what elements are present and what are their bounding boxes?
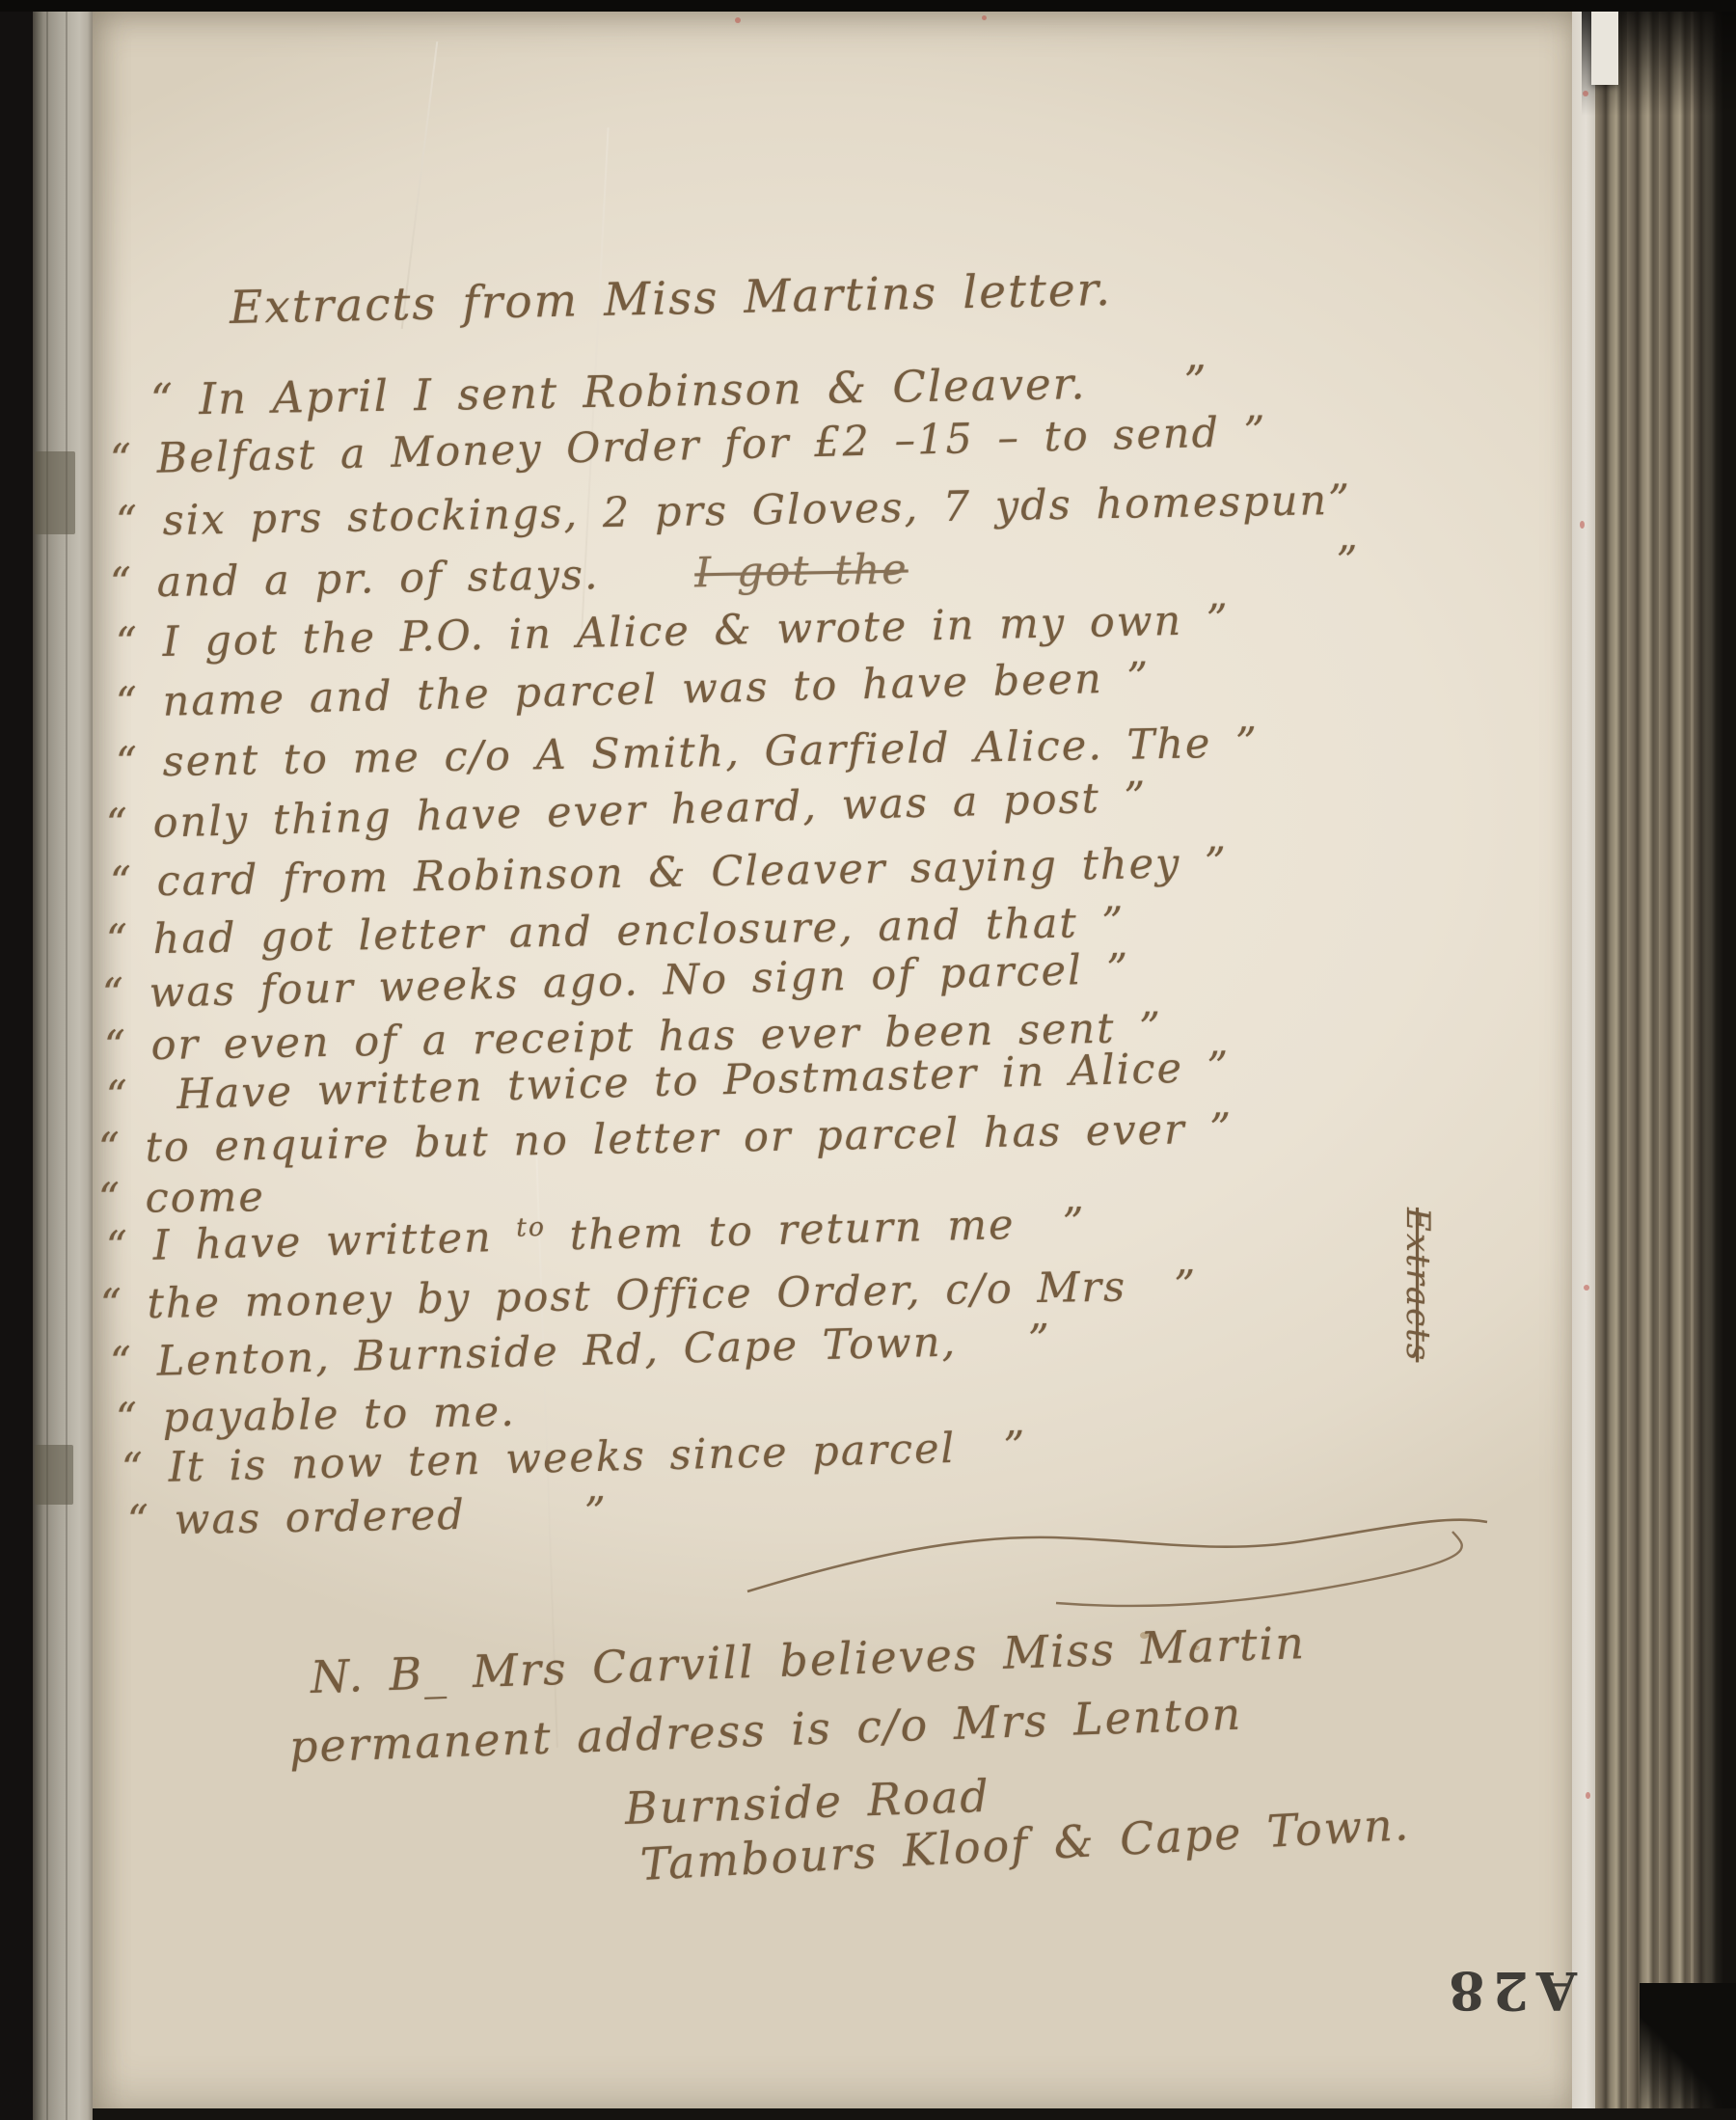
gutter-line (46, 0, 48, 2120)
book-cover-left-edge (0, 0, 33, 2120)
page-number-stamp: A28 (1441, 1960, 1577, 2022)
manuscript-page-scan: Extracts from Miss Martins letter. “ In … (0, 0, 1736, 2120)
bottom-right-dark-corner (1640, 1983, 1736, 2120)
red-edge-mark (1586, 1792, 1590, 1799)
page-edge-stack-shadow (1694, 0, 1736, 2120)
gutter-line (66, 0, 68, 2120)
gutter-notch (35, 451, 75, 534)
red-edge-mark (1583, 91, 1588, 96)
red-edge-mark (1584, 1285, 1589, 1291)
next-page-corner (1591, 10, 1618, 85)
letter-line: “ payable to me. (116, 1388, 517, 1443)
gutter-page-edges (33, 0, 93, 2120)
letter-line: “ was ordered ” (127, 1488, 609, 1545)
margin-note-extracts: Extracts (1398, 1208, 1437, 1362)
page-fore-edge (1572, 12, 1595, 2120)
red-edge-mark (982, 15, 987, 20)
red-edge-mark (735, 17, 741, 23)
top-dark-strip (0, 0, 1736, 12)
gutter-notch (35, 1445, 73, 1505)
letter-line: “ come (98, 1173, 265, 1223)
bottom-dark-strip (93, 2108, 1736, 2120)
red-edge-mark (1580, 521, 1585, 529)
